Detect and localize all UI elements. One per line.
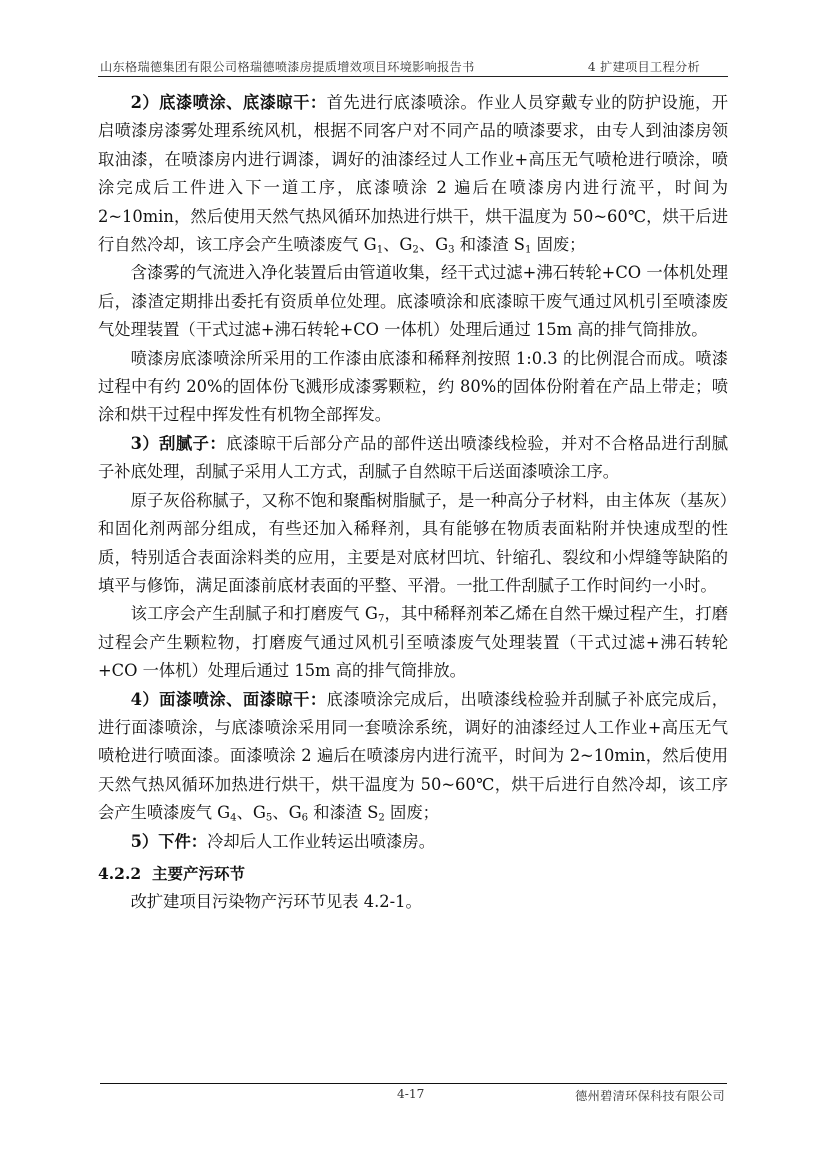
paragraph-topcoat-spraying: 4）面漆喷涂、面漆晾干：底漆喷涂完成后，出喷漆线检验并刮腻子补底完成后，进行面漆…	[98, 686, 728, 828]
step-label-unloading: 5）下件：	[131, 832, 207, 851]
paragraph-putty-scraping: 3）刮腻子：底漆晾干后部分产品的部件送出喷漆线检验，并对不合格品进行刮腻子补底处…	[98, 430, 728, 487]
step-label-primer: 2）底漆喷涂、底漆晾干：	[131, 93, 327, 112]
section-number: 4.2.2	[98, 864, 141, 883]
paragraph-table-reference: 改扩建项目污染物产污环节见表 4.2-1。	[98, 888, 728, 916]
page-footer: 4-17 德州碧清环保科技有限公司	[100, 1083, 727, 1104]
page-number: 4-17	[397, 1087, 424, 1101]
paragraph-unloading: 5）下件：冷却后人工作业转运出喷漆房。	[98, 828, 728, 856]
section-heading: 4.2.2 主要产污环节	[98, 860, 728, 888]
paragraph-primer-spraying: 2）底漆喷涂、底漆晾干：首先进行底漆喷涂。作业人员穿戴专业的防护设施，开启喷漆房…	[98, 89, 728, 259]
step-label-topcoat: 4）面漆喷涂、面漆晾干：	[131, 690, 327, 709]
paragraph-putty-description: 原子灰俗称腻子，又称不饱和聚酯树脂腻子，是一种高分子材料，由主体灰（基灰）和固化…	[98, 487, 728, 601]
paragraph-putty-emissions: 该工序会产生刮腻子和打磨废气 G7，其中稀释剂苯乙烯在自然干燥过程产生，打磨过程…	[98, 600, 728, 685]
footer-company: 德州碧清环保科技有限公司	[575, 1087, 725, 1104]
header-chapter-title: 4 扩建项目工程分析	[588, 58, 700, 75]
step-label-putty: 3）刮腻子：	[131, 434, 227, 453]
header-report-title: 山东格瑞德集团有限公司格瑞德喷漆房提质增效项目环境影响报告书	[100, 58, 475, 75]
section-title: 主要产污环节	[152, 864, 245, 883]
document-body: 2）底漆喷涂、底漆晾干：首先进行底漆喷涂。作业人员穿戴专业的防护设施，开启喷漆房…	[98, 89, 728, 917]
paragraph-paint-mist-treatment: 含漆雾的气流进入净化装置后由管道收集，经干式过滤+沸石转轮+CO 一体机处理后，…	[98, 259, 728, 344]
page-header: 山东格瑞德集团有限公司格瑞德喷漆房提质增效项目环境影响报告书 4 扩建项目工程分…	[98, 56, 728, 77]
paragraph-working-paint-ratio: 喷漆房底漆喷涂所采用的工作漆由底漆和稀释剂按照 1:0.3 的比例混合而成。喷漆…	[98, 345, 728, 430]
